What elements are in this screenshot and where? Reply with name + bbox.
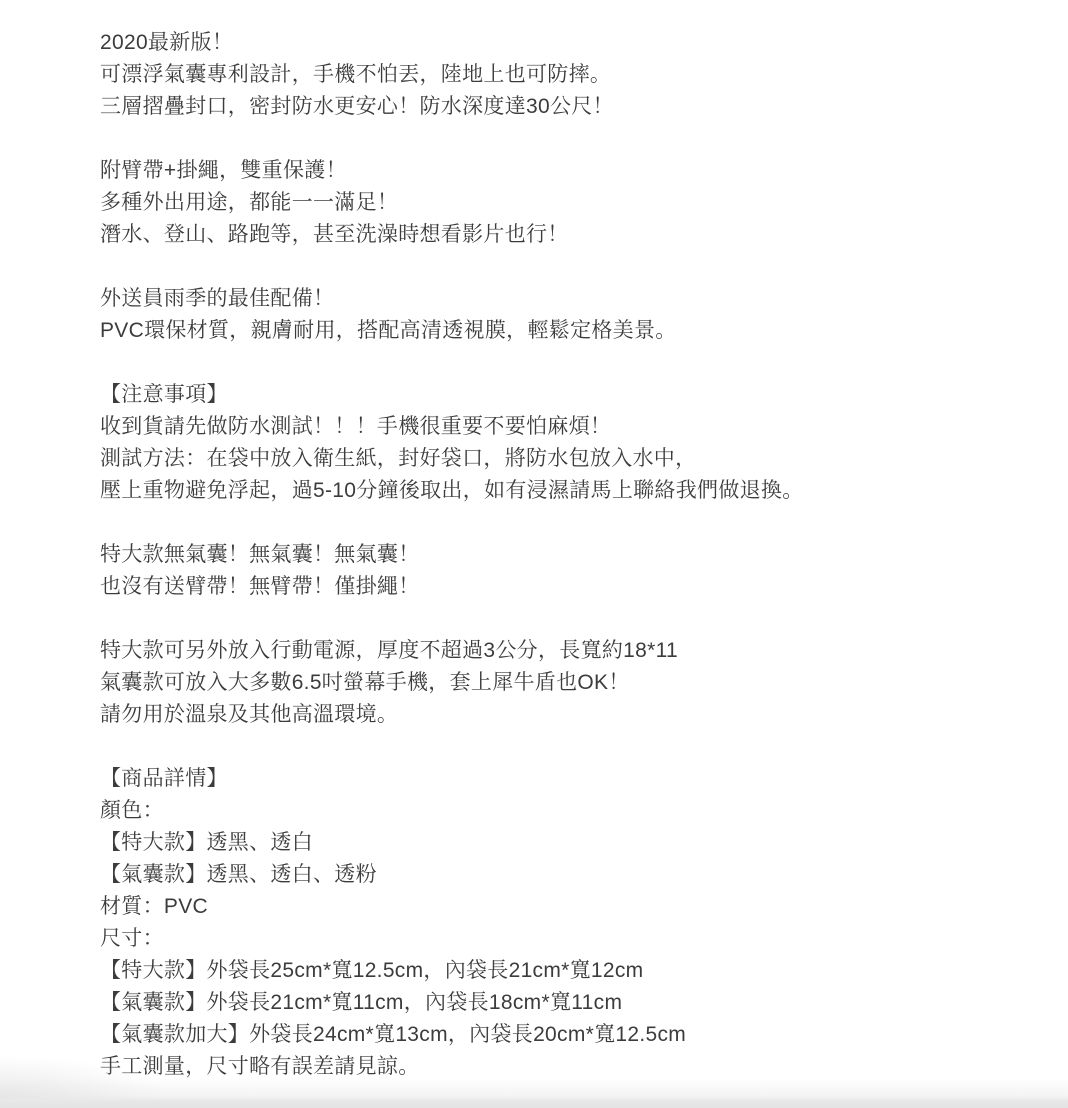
desc-line-section-title: 【商品詳情】 — [100, 763, 1068, 795]
paragraph-capacity: 特大款可另外放入行動電源，厚度不超過3公分，長寬約18*11 氣囊款可放入大多數… — [100, 635, 1068, 731]
desc-line: 外送員雨季的最佳配備！ — [100, 283, 1068, 315]
desc-line: 特大款無氣囊！無氣囊！無氣囊！ — [100, 539, 1068, 571]
desc-line-size-label: 尺寸： — [100, 923, 1068, 955]
desc-line: 特大款可另外放入行動電源，厚度不超過3公分，長寬約18*11 — [100, 635, 1068, 667]
desc-line: 可漂浮氣囊專利設計，手機不怕丟，陸地上也可防摔。 — [100, 59, 1068, 91]
desc-line-color-label: 顏色： — [100, 795, 1068, 827]
paragraph-notice: 【注意事項】 收到貨請先做防水測試！！！手機很重要不要怕麻煩！ 測試方法：在袋中… — [100, 379, 1068, 507]
product-description: 2020最新版！ 可漂浮氣囊專利設計，手機不怕丟，陸地上也可防摔。 三層摺疊封口… — [100, 27, 1068, 1083]
desc-line: 【氣囊款】透黑、透白、透粉 — [100, 859, 1068, 891]
desc-line: 壓上重物避免浮起，過5-10分鐘後取出，如有浸濕請馬上聯絡我們做退換。 — [100, 475, 1068, 507]
desc-line: 請勿用於溫泉及其他高溫環境。 — [100, 699, 1068, 731]
desc-line: 【氣囊款加大】外袋長24cm*寬13cm，內袋長20cm*寬12.5cm — [100, 1019, 1068, 1051]
desc-line: 潛水、登山、路跑等，甚至洗澡時想看影片也行！ — [100, 219, 1068, 251]
desc-line: 【氣囊款】外袋長21cm*寬11cm，內袋長18cm*寬11cm — [100, 987, 1068, 1019]
paragraph-material: 外送員雨季的最佳配備！ PVC環保材質，親膚耐用，搭配高清透視膜，輕鬆定格美景。 — [100, 283, 1068, 347]
paragraph-straps-uses: 附臂帶+掛繩，雙重保護！ 多種外出用途，都能一一滿足！ 潛水、登山、路跑等，甚至… — [100, 155, 1068, 251]
desc-line: 氣囊款可放入大多數6.5吋螢幕手機，套上犀牛盾也OK！ — [100, 667, 1068, 699]
desc-line: 也沒有送臂帶！無臂帶！僅掛繩！ — [100, 571, 1068, 603]
desc-line: 收到貨請先做防水測試！！！手機很重要不要怕麻煩！ — [100, 411, 1068, 443]
desc-line: 三層摺疊封口，密封防水更安心！防水深度達30公尺！ — [100, 91, 1068, 123]
desc-line-material-label: 材質：PVC — [100, 891, 1068, 923]
desc-line: 測試方法：在袋中放入衛生紙，封好袋口，將防水包放入水中， — [100, 443, 1068, 475]
paragraph-intro: 2020最新版！ 可漂浮氣囊專利設計，手機不怕丟，陸地上也可防摔。 三層摺疊封口… — [100, 27, 1068, 123]
desc-line: 附臂帶+掛繩，雙重保護！ — [100, 155, 1068, 187]
paragraph-product-details: 【商品詳情】 顏色： 【特大款】透黑、透白 【氣囊款】透黑、透白、透粉 材質：P… — [100, 763, 1068, 1083]
desc-line: 【特大款】外袋長25cm*寬12.5cm，內袋長21cm*寬12cm — [100, 955, 1068, 987]
desc-line: 【特大款】透黑、透白 — [100, 827, 1068, 859]
desc-line: 2020最新版！ — [100, 27, 1068, 59]
desc-line-section-title: 【注意事項】 — [100, 379, 1068, 411]
desc-line: PVC環保材質，親膚耐用，搭配高清透視膜，輕鬆定格美景。 — [100, 315, 1068, 347]
desc-line: 多種外出用途，都能一一滿足！ — [100, 187, 1068, 219]
paragraph-xl-warning: 特大款無氣囊！無氣囊！無氣囊！ 也沒有送臂帶！無臂帶！僅掛繩！ — [100, 539, 1068, 603]
desc-line: 手工測量，尺寸略有誤差請見諒。 — [100, 1051, 1068, 1083]
